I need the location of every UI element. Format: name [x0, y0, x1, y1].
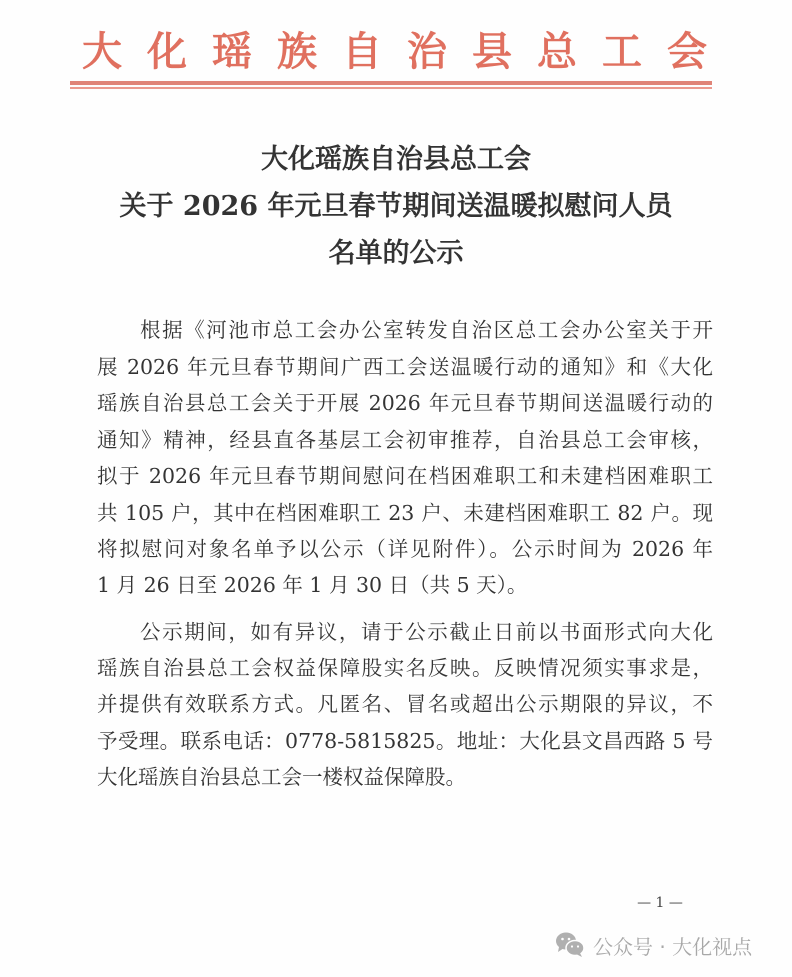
wechat-icon — [555, 931, 585, 959]
wechat-watermark: 公众号 · 大化视点 — [555, 928, 752, 962]
paragraph-1-line: 拟于 2026 年元旦春节期间慰问在档困难职工和未建档困难职工 — [97, 458, 713, 494]
watermark-text: 公众号 · 大化视点 — [593, 931, 752, 960]
letterhead-red-rule-thick — [70, 81, 712, 85]
paragraph-1-line: 将拟慰问对象名单予以公示（详见附件）。公示时间为 2026 年 — [97, 531, 713, 567]
paragraph-2-line: 公示期间，如有异议，请于公示截止日前以书面形式向大化 — [97, 614, 713, 650]
document-page: 大化瑶族自治县总工会 大化瑶族自治县总工会 关于 2026 年元旦春节期间送温暖… — [0, 0, 792, 977]
paragraph-2-line: 予受理。联系电话：0778-5815825。地址：大化县文昌西路 5 号 — [97, 723, 713, 759]
paragraph-1-line: 瑶族自治县总工会关于开展 2026 年元旦春节期间送温暖行动的 — [97, 385, 713, 421]
letterhead-org-name: 大化瑶族自治县总工会 — [70, 28, 722, 76]
paragraph-2-line: 瑶族自治县总工会权益保障股实名反映。反映情况须实事求是， — [97, 650, 713, 686]
letterhead-red-rule-thin — [70, 87, 712, 89]
paragraph-1-line: 共 105 户，其中在档困难职工 23 户、未建档困难职工 82 户。现 — [97, 495, 713, 531]
document-title-line-3: 名单的公示 — [60, 234, 732, 274]
document-title-line-1: 大化瑶族自治县总工会 — [60, 140, 732, 180]
document-title-line-2: 关于 2026 年元旦春节期间送温暖拟慰问人员 — [60, 187, 732, 227]
page-number: — 1 — — [620, 893, 700, 913]
paragraph-1-line: 通知》精神，经县直各基层工会初审推荐，自治县总工会审核， — [97, 422, 713, 458]
paragraph-2-line: 大化瑶族自治县总工会一楼权益保障股。 — [97, 759, 713, 795]
paragraph-1-line: 根据《河池市总工会办公室转发自治区总工会办公室关于开 — [97, 312, 713, 348]
paragraph-2-line: 并提供有效联系方式。凡匿名、冒名或超出公示期限的异议，不 — [97, 686, 713, 722]
paragraph-1-line: 1 月 26 日至 2026 年 1 月 30 日（共 5 天）。 — [97, 567, 713, 603]
paragraph-1-line: 展 2026 年元旦春节期间广西工会送温暖行动的通知》和《大化 — [97, 349, 713, 385]
